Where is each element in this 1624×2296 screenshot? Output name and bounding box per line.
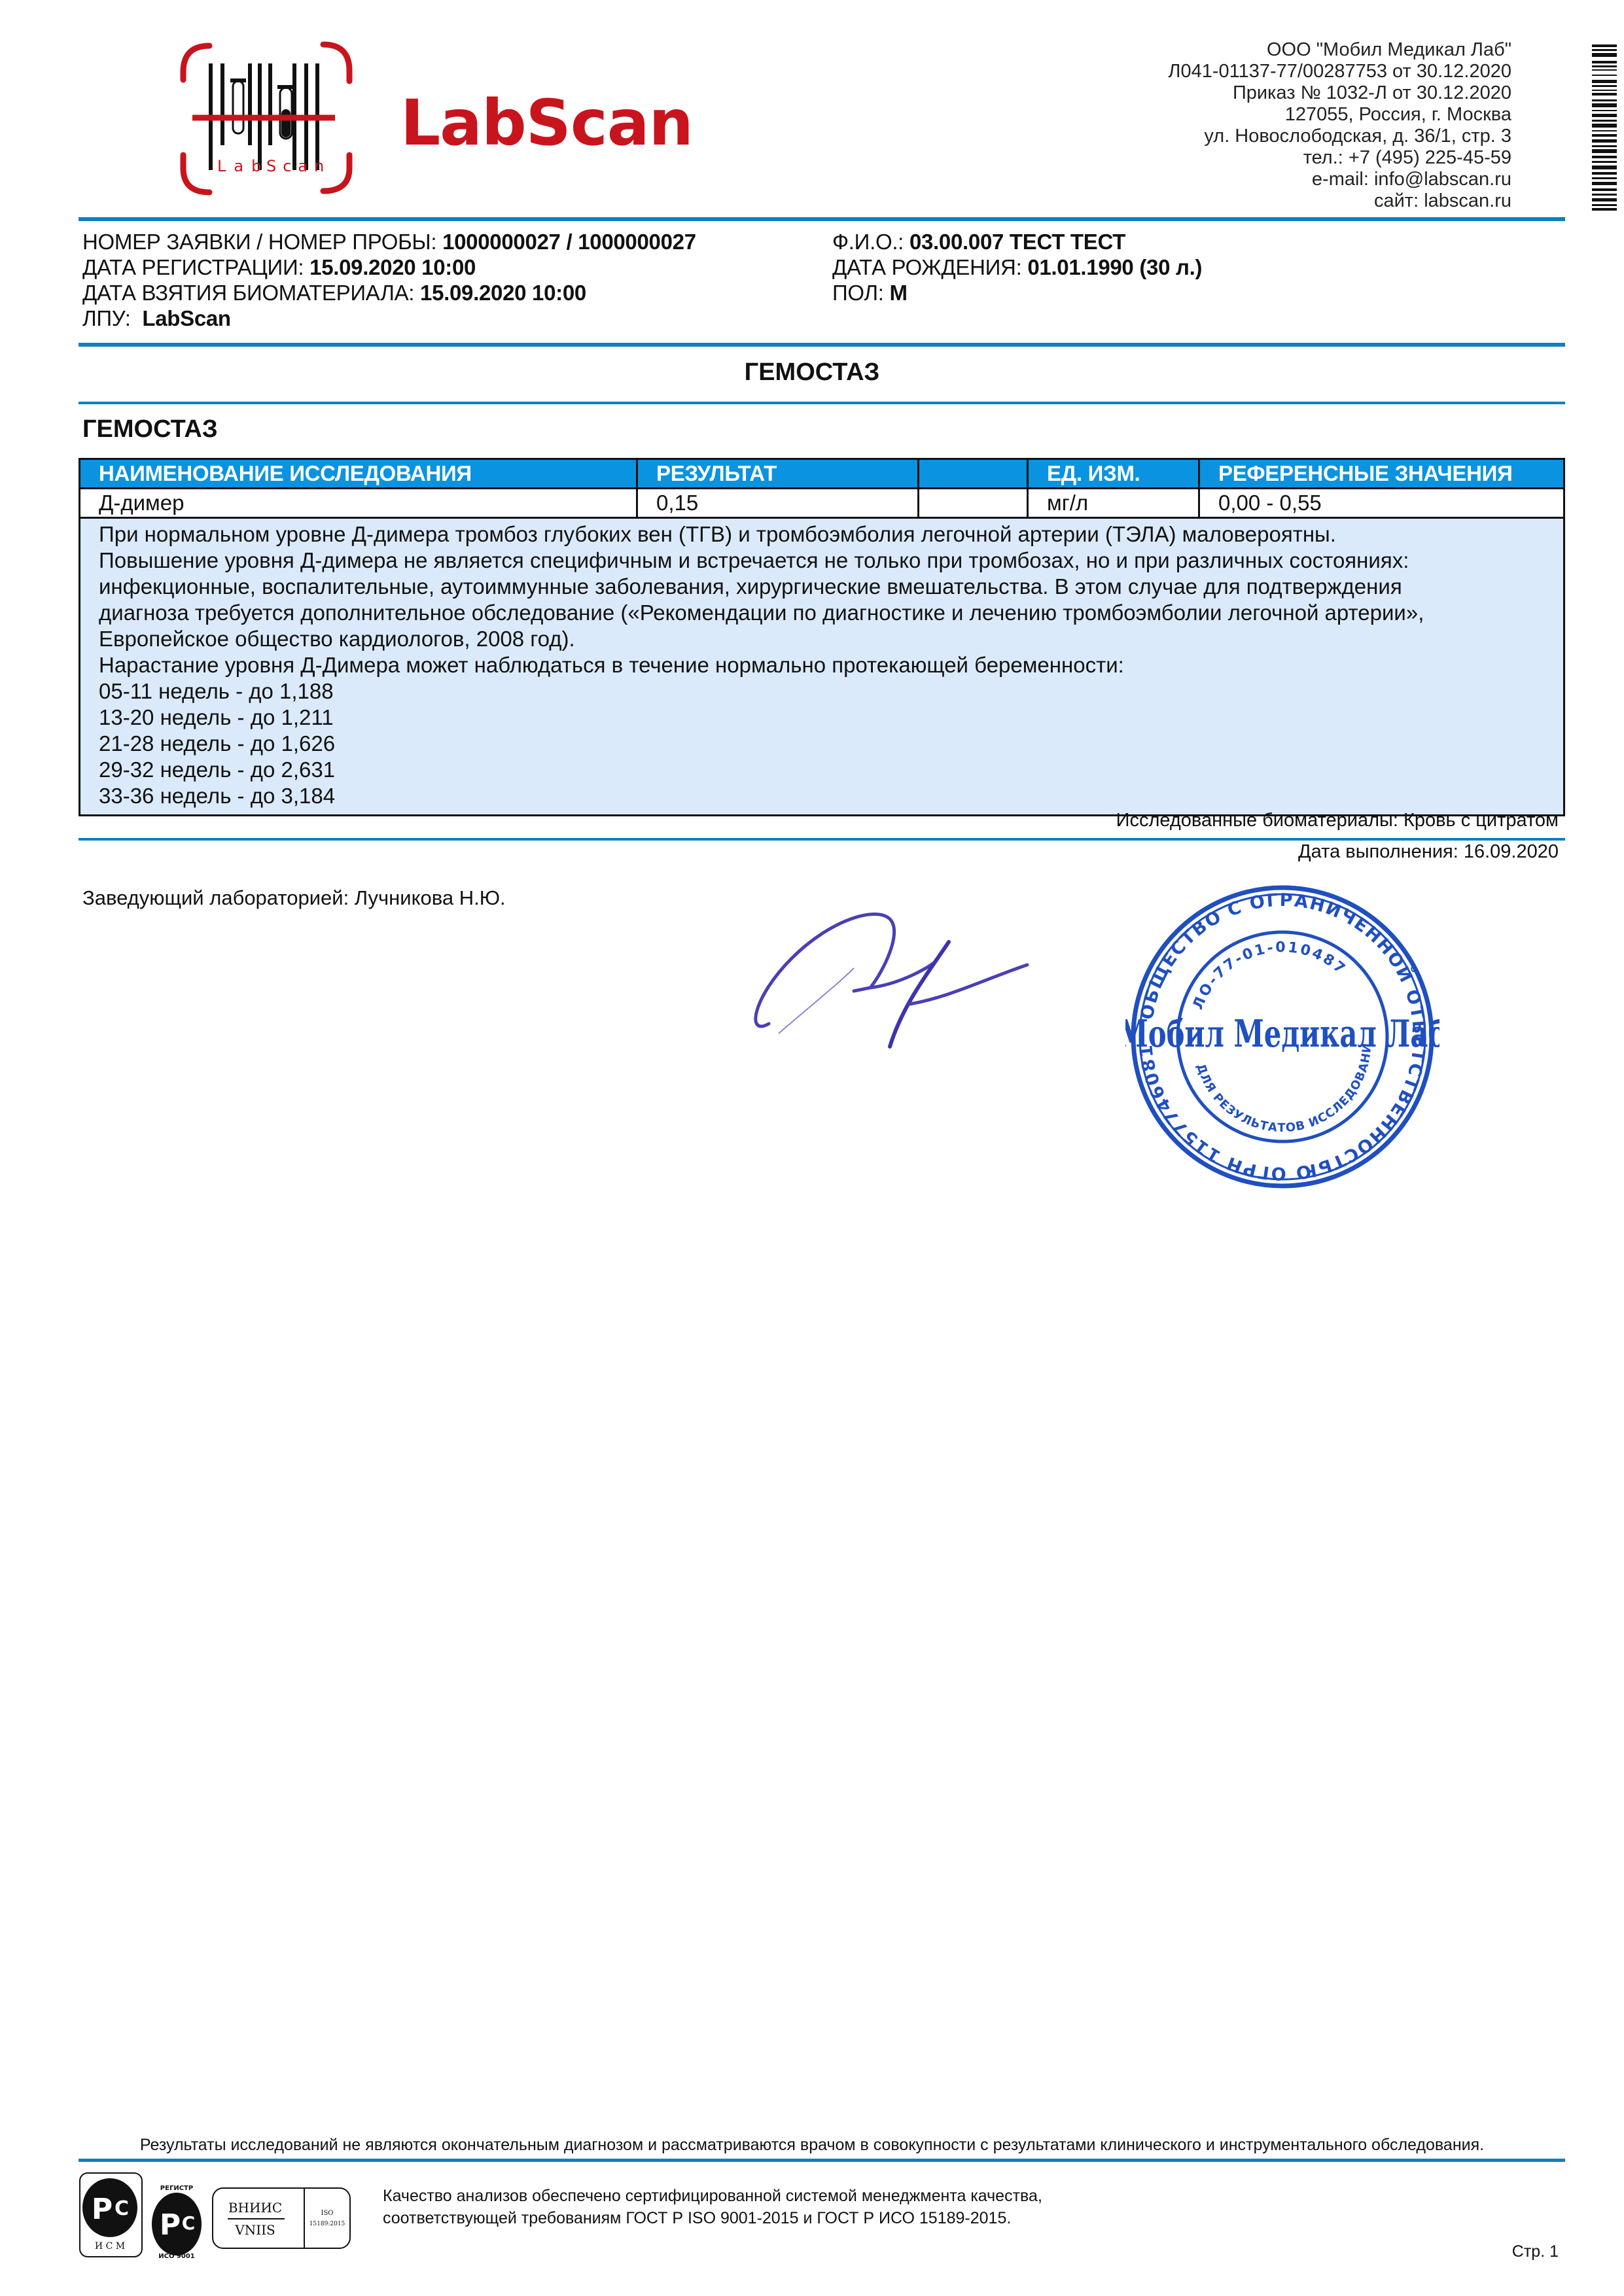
col-test-name: НАИМЕНОВАНИЕ ИССЛЕДОВАНИЯ [80,459,637,489]
note-line: 29-32 недель - до 2,631 [99,757,1563,783]
execution-date: Дата выполнения: 16.09.2020 [1298,841,1559,863]
note-line: 05-11 недель - до 1,188 [99,678,1563,704]
svg-text:РЕГИСТР: РЕГИСТР [160,2185,193,2192]
patient-name-row: Ф.И.О.: 03.00.007 ТЕСТ ТЕСТ [832,229,1202,254]
order-number: 1000000027 / 1000000027 [442,230,696,254]
test-reference: 0,00 - 0,55 [1199,489,1564,518]
section-title: ГЕМОСТАЗ [0,358,1624,387]
footer-divider [79,2159,1565,2162]
svg-text:VNIIS: VNIIS [234,2222,275,2238]
lpu-value: LabScan [142,306,230,330]
lpu-row: ЛПУ: LabScan [82,305,696,331]
svg-text:15189:2015: 15189:2015 [309,2221,345,2227]
company-name: ООО "Мобил Медикал Лаб" [1168,39,1511,61]
note-line: 21-28 недель - до 1,626 [99,731,1563,757]
patient-name: 03.00.007 ТЕСТ ТЕСТ [909,230,1125,254]
note-line: При нормальном уровне Д-димера тромбоз г… [99,521,1563,548]
head-of-lab: Заведующий лабораторией: Лучникова Н.Ю. [82,886,506,910]
note-line: 13-20 недель - до 1,211 [99,704,1563,731]
sex-row: ПОЛ: М [832,280,1202,305]
test-flag [919,489,1028,518]
note-line: Европейское общество кардиологов, 2008 г… [99,626,1563,652]
col-result: РЕЗУЛЬТАТ [637,459,919,489]
labscan-logo: Lab Scan LabScan [178,41,662,198]
test-name: Д-димер [80,489,637,518]
company-order: Приказ № 1032-Л от 30.12.2020 [1168,82,1511,104]
svg-text:ISO: ISO [321,2210,334,2217]
company-website: сайт: labscan.ru [1168,190,1511,212]
company-stamp-icon: ОБЩЕСТВО С ОГРАНИЧЕННОЙ ОТВЕТСТВЕННОСТЬЮ… [1125,880,1439,1194]
test-unit: мг/л [1028,489,1199,518]
note-line: инфекционные, воспалительные, аутоиммунн… [99,574,1563,600]
note-line: 33-36 недель - до 3,184 [99,783,1563,809]
note-line: Повышение уровня Д-димера не является сп… [99,548,1563,574]
svg-text:Scan: Scan [266,157,330,175]
company-license: Л041-01137-77/00287753 от 30.12.2020 [1168,61,1511,82]
sample-date: 15.09.2020 10:00 [420,281,586,305]
col-flag [919,459,1028,489]
logo-wordmark: LabScan [400,86,693,160]
svg-text:ЛО-77-01-010487: ЛО-77-01-010487 [1190,939,1349,1012]
svg-text:Р: Р [92,2193,113,2226]
note-line: Нарастание уровня Д-Димера может наблюда… [99,652,1563,678]
page-number: Стр. 1 [1512,2242,1559,2261]
table-header-row: НАИМЕНОВАНИЕ ИССЛЕДОВАНИЯ РЕЗУЛЬТАТ ЕД. … [80,459,1564,489]
birth-date: 01.01.1990 (30 л.) [1027,255,1202,279]
col-reference: РЕФЕРЕНСНЫЕ ЗНАЧЕНИЯ [1199,459,1564,489]
group-title: ГЕМОСТАЗ [82,415,218,444]
svg-text:И С М: И С М [95,2241,125,2252]
section-divider [79,402,1565,404]
company-city: 127055, Россия, г. Москва [1168,104,1511,126]
svg-text:С: С [182,2212,196,2234]
sample-date-row: ДАТА ВЗЯТИЯ БИОМАТЕРИАЛА: 15.09.2020 10:… [82,280,696,305]
test-note: При нормальном уровне Д-димера тромбоз г… [80,518,1564,816]
order-info: НОМЕР ЗАЯВКИ / НОМЕР ПРОБЫ: 1000000027 /… [82,229,696,331]
signature-icon [739,880,1040,1070]
biomaterial-divider [79,838,1565,841]
results-table: НАИМЕНОВАНИЕ ИССЛЕДОВАНИЯ РЕЗУЛЬТАТ ЕД. … [79,458,1565,816]
registration-date-row: ДАТА РЕГИСТРАЦИИ: 15.09.2020 10:00 [82,254,696,280]
test-result: 0,15 [637,489,919,518]
svg-text:«Мобил Медикал Лаб»: «Мобил Медикал Лаб» [1125,1011,1439,1055]
col-unit: ЕД. ИЗМ. [1028,459,1199,489]
note-line: диагноза требуется дополнительное обслед… [99,600,1563,626]
company-email: e-mail: info@labscan.ru [1168,169,1511,190]
company-phone: тел.: +7 (495) 225-45-59 [1168,147,1511,169]
barcode-testtube-icon: Lab Scan [178,41,400,198]
order-number-row: НОМЕР ЗАЯВКИ / НОМЕР ПРОБЫ: 1000000027 /… [82,229,696,254]
sex-value: М [890,281,908,305]
barcode-icon [1592,44,1617,211]
quality-line: соответствующей требованиям ГОСТ Р ISO 9… [383,2207,1042,2229]
rst-ism-logo-icon: Р С И С М [80,2173,142,2257]
table-row: Д-димер 0,15 мг/л 0,00 - 0,55 [80,489,1564,518]
svg-text:ИСО 9001: ИСО 9001 [158,2253,195,2260]
table-note-row: При нормальном уровне Д-димера тромбоз г… [80,518,1564,816]
svg-text:ВНИИС: ВНИИС [228,2200,282,2216]
certification-logos: Р С И С М Р С РЕГИСТР ИСО 9001 ВНИИС VNI… [79,2172,353,2260]
svg-text:Р: Р [160,2208,181,2242]
vniis-logo-icon: ВНИИС VNIIS ISO 15189:2015 [213,2188,350,2248]
svg-text:С: С [115,2197,129,2220]
company-info: ООО "Мобил Медикал Лаб" Л041-01137-77/00… [1168,39,1511,212]
disclaimer: Результаты исследований не являются окон… [0,2136,1624,2155]
company-street: ул. Новослободская, д. 36/1, стр. 3 [1168,126,1511,147]
biomaterial-info: Исследованные биоматериалы: Кровь с цитр… [1116,810,1559,831]
registration-date: 15.09.2020 10:00 [309,255,476,279]
info-divider [79,343,1565,347]
svg-text:Lab: Lab [217,157,269,175]
header-divider [79,217,1565,221]
quality-line: Качество анализов обеспечено сертифициро… [383,2185,1042,2207]
quality-statement: Качество анализов обеспечено сертифициро… [383,2185,1042,2229]
birth-date-row: ДАТА РОЖДЕНИЯ: 01.01.1990 (30 л.) [832,254,1202,280]
patient-info: Ф.И.О.: 03.00.007 ТЕСТ ТЕСТ ДАТА РОЖДЕНИ… [832,229,1202,305]
rst-register-logo-icon: Р С РЕГИСТР ИСО 9001 [152,2185,202,2260]
